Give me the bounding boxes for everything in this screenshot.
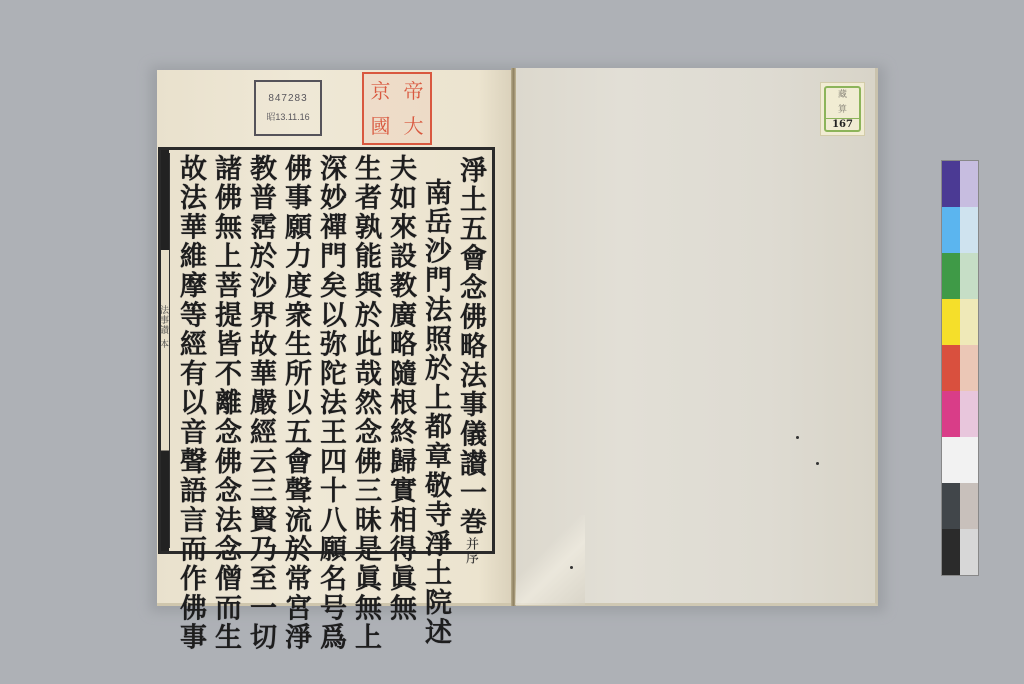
seal-char: 京: [371, 81, 391, 101]
seal-char: 大: [404, 116, 424, 136]
color-swatch: [960, 345, 978, 391]
color-swatch: [942, 253, 960, 299]
color-chart-row: [942, 483, 978, 529]
color-swatch: [960, 529, 978, 575]
margin-strip: [161, 150, 169, 551]
color-swatch: [960, 391, 978, 437]
seal-char: 帝: [404, 81, 424, 101]
red-ownership-seal: 京 帝 國 大: [362, 72, 432, 145]
color-chart-row: [942, 437, 978, 483]
shelf-label-border: 藏 算 167: [824, 86, 861, 132]
title-note: 并序: [463, 537, 478, 565]
text-column: 深妙禪門矣以弥陀法王四十八願名号爲: [313, 154, 348, 547]
color-swatch: [960, 437, 978, 483]
color-swatch: [960, 161, 978, 207]
accession-date: 昭13.11.16: [266, 110, 309, 123]
color-swatch: [942, 207, 960, 253]
shelf-label-top: 藏: [838, 90, 847, 101]
color-chart-row: [942, 253, 978, 299]
color-swatch: [960, 253, 978, 299]
text-column: 故法華維摩等經有以音聲語言而作佛事: [173, 154, 208, 547]
library-accession-stamp: 847283 昭13.11.16: [254, 80, 322, 136]
shelf-label-number: 167: [826, 118, 859, 130]
text-column: 佛事願力度衆生所以五會聲流於常宮淨: [278, 154, 313, 547]
text-column: 夫如來設教廣略隨根終歸實相得眞無: [383, 154, 418, 547]
shelf-label: 藏 算 167: [820, 82, 865, 136]
color-swatch: [942, 161, 960, 207]
text-column-author: 南岳沙門法照於上都章敬寺淨土院述: [418, 154, 453, 547]
color-chart-row: [942, 391, 978, 437]
paper-spot: [796, 436, 799, 439]
text-column: 生者孰能與於此哉然念佛三昧是眞無上: [348, 154, 383, 547]
color-swatch: [960, 299, 978, 345]
color-swatch: [942, 529, 960, 575]
color-swatch: [960, 207, 978, 253]
color-chart-row: [942, 345, 978, 391]
shelf-label-middle: 算: [838, 105, 847, 116]
color-swatch: [942, 345, 960, 391]
text-columns: 淨土五會念佛略法事儀讃一巻并序 南岳沙門法照於上都章敬寺淨土院述 夫如來設教廣略…: [175, 154, 488, 547]
color-calibration-chart: [941, 160, 979, 576]
color-chart-row: [942, 529, 978, 575]
color-swatch: [942, 437, 960, 483]
paper-spot: [570, 566, 573, 569]
title-text: 淨土五會念佛略法事儀讃一巻: [455, 156, 486, 537]
text-column: 諸佛無上菩提皆不離念佛念法念僧而生: [208, 154, 243, 547]
text-frame: 法事讃 本 淨土五會念佛略法事儀讃一巻并序 南岳沙門法照於上都章敬寺淨土院述 夫…: [158, 147, 495, 554]
text-column-title: 淨土五會念佛略法事儀讃一巻并序: [453, 154, 488, 547]
color-swatch: [942, 483, 960, 529]
page-fold: [515, 515, 585, 605]
accession-number: 847283: [268, 93, 307, 104]
paper-spot: [816, 462, 819, 465]
seal-char: 國: [371, 116, 391, 136]
text-column: 教普霑於沙界故華嚴經云三賢乃至一切: [243, 154, 278, 547]
color-chart-row: [942, 299, 978, 345]
color-chart-row: [942, 161, 978, 207]
color-swatch: [960, 483, 978, 529]
color-swatch: [942, 391, 960, 437]
color-swatch: [942, 299, 960, 345]
color-chart-row: [942, 207, 978, 253]
